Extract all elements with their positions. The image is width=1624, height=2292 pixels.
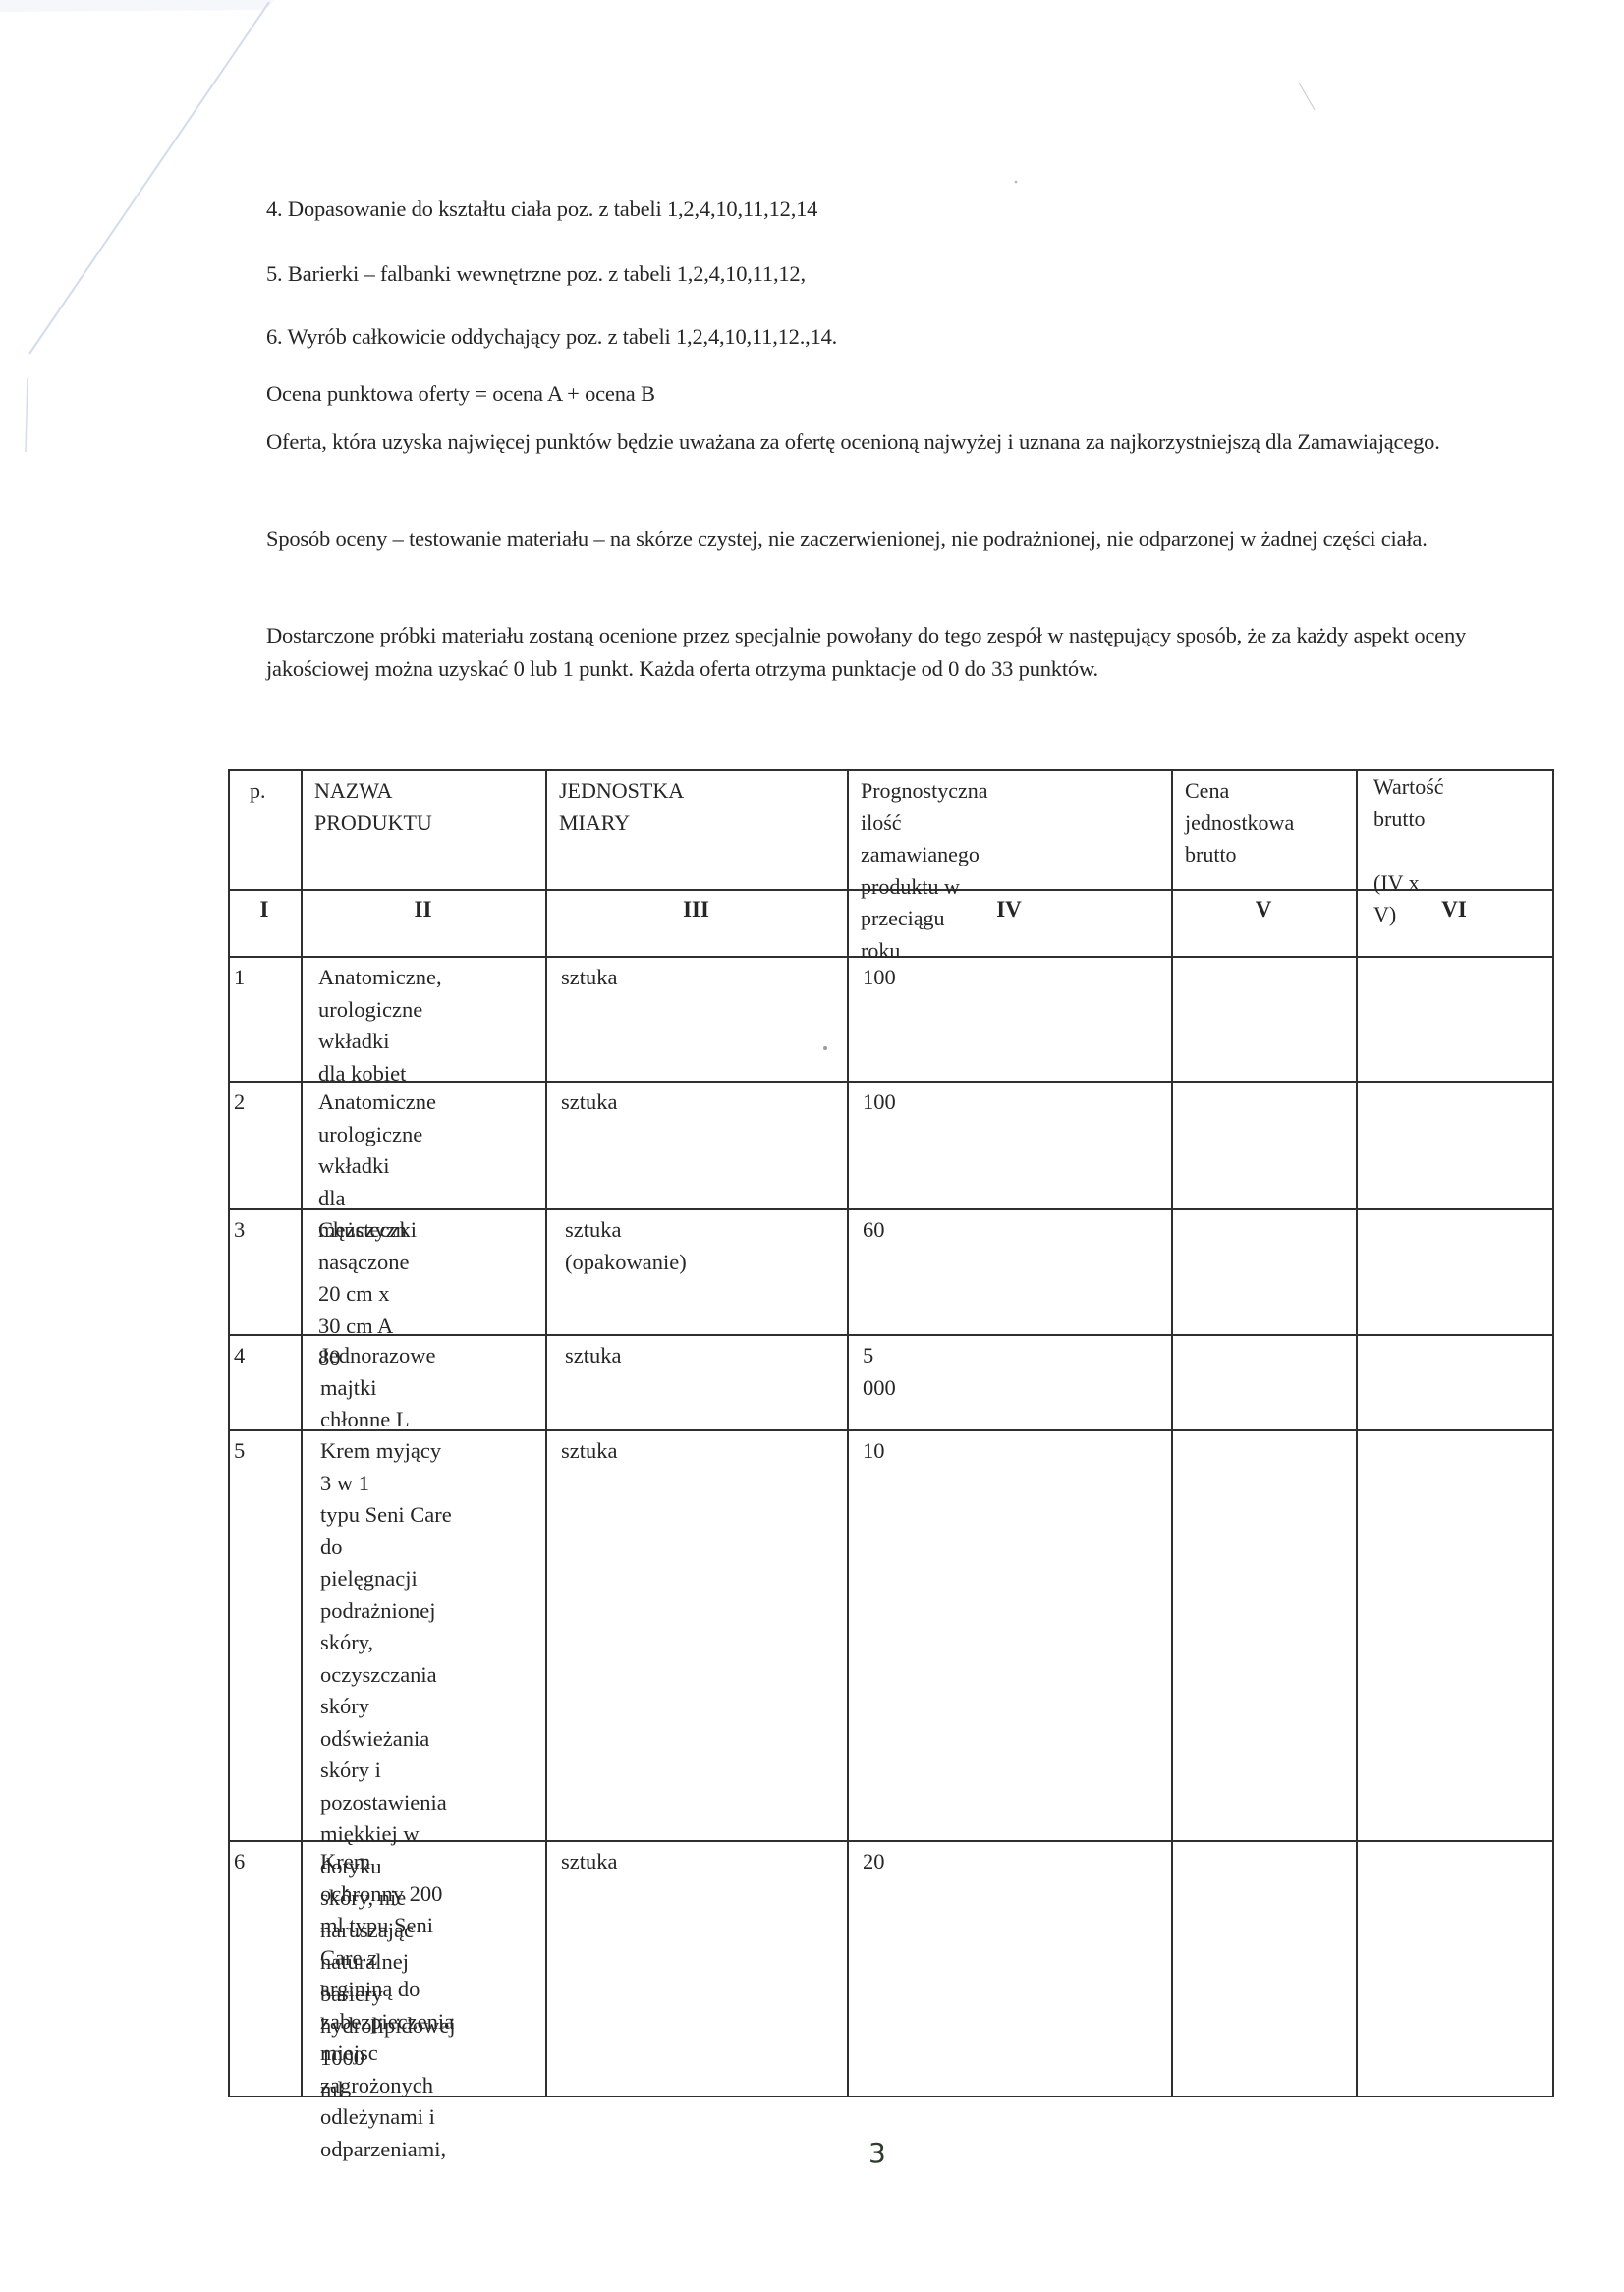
cell-lp: 4 <box>234 1340 245 1372</box>
column-numeral: V <box>1171 897 1356 922</box>
cell-unit: sztuka <box>561 962 617 994</box>
header-unit: JEDNOSTKA MIARY <box>559 775 683 839</box>
cell-quantity: 10 <box>863 1435 885 1468</box>
cell-unit: sztuka <box>565 1340 621 1372</box>
cell-product-name: Krem ochronny 200ml typu Seni Care zargi… <box>320 1846 454 2165</box>
table-column-border <box>1171 769 1173 2097</box>
cell-lp: 5 <box>234 1435 245 1468</box>
header-product-name: NAZWAPRODUKTU <box>314 775 432 839</box>
cell-gross-value <box>1370 1435 1375 1468</box>
column-numeral: II <box>301 897 545 922</box>
cell-quantity: 5 000 <box>863 1340 896 1404</box>
cell-lp: 3 <box>234 1214 245 1247</box>
header-lp: p. <box>250 775 266 808</box>
cell-unit-price <box>1185 1087 1191 1119</box>
header-unit-price: Cenajednostkowabrutto <box>1185 775 1294 871</box>
column-numeral: IV <box>847 897 1171 922</box>
criterion-item: 5. Barierki – falbanki wewnętrzne poz. z… <box>266 257 806 291</box>
page-number: 3 <box>868 2137 886 2169</box>
cell-unit: sztuka <box>561 1435 617 1468</box>
table-column-border <box>847 769 849 2097</box>
cell-unit-price <box>1185 1435 1191 1468</box>
cell-quantity: 20 <box>863 1846 885 1878</box>
column-numeral: VI <box>1356 897 1552 922</box>
table-column-border <box>1552 769 1554 2097</box>
cell-unit: sztuka (opakowanie) <box>565 1214 687 1278</box>
cell-unit: sztuka <box>561 1087 617 1119</box>
best-offer-paragraph: Oferta, która uzyska najwięcej punktów b… <box>266 425 1475 459</box>
header-forecast-quantity: Prognostyczna ilośćzamawianego produktu … <box>861 775 988 967</box>
cell-gross-value <box>1370 1846 1375 1878</box>
cell-product-name: Jednorazowe majtkichłonne L <box>320 1340 435 1436</box>
cell-product-name: Anatomiczne,urologiczne wkładkidla kobie… <box>318 962 442 1090</box>
cell-gross-value <box>1370 1214 1375 1247</box>
cell-quantity: 100 <box>863 1087 896 1119</box>
criterion-item: 4. Dopasowanie do kształtu ciała poz. z … <box>266 193 817 226</box>
cell-unit-price <box>1185 1214 1191 1247</box>
table-column-border <box>545 769 547 2097</box>
cell-lp: 1 <box>234 962 245 994</box>
table-column-border <box>301 769 303 2097</box>
column-numeral: III <box>545 897 847 922</box>
samples-paragraph: Dostarczone próbki materiału zostaną oce… <box>266 619 1475 686</box>
cell-lp: 6 <box>234 1846 245 1878</box>
evaluation-method-paragraph: Sposób oceny – testowanie materiału – na… <box>266 523 1475 556</box>
cell-gross-value <box>1370 1087 1375 1119</box>
cell-gross-value <box>1370 962 1375 994</box>
column-numeral: I <box>228 897 301 922</box>
cell-unit-price <box>1185 962 1191 994</box>
cell-lp: 2 <box>234 1087 245 1119</box>
cell-unit: sztuka <box>561 1846 617 1878</box>
cell-quantity: 60 <box>863 1214 885 1247</box>
cell-quantity: 100 <box>863 962 896 994</box>
score-formula: Ocena punktowa oferty = ocena A + ocena … <box>266 377 655 411</box>
table-column-border <box>228 769 230 2097</box>
table-column-border <box>1356 769 1358 2097</box>
cell-unit-price <box>1185 1846 1191 1878</box>
cell-gross-value <box>1370 1340 1375 1372</box>
criterion-item: 6. Wyrób całkowicie oddychający poz. z t… <box>266 320 837 354</box>
cell-unit-price <box>1185 1340 1191 1372</box>
